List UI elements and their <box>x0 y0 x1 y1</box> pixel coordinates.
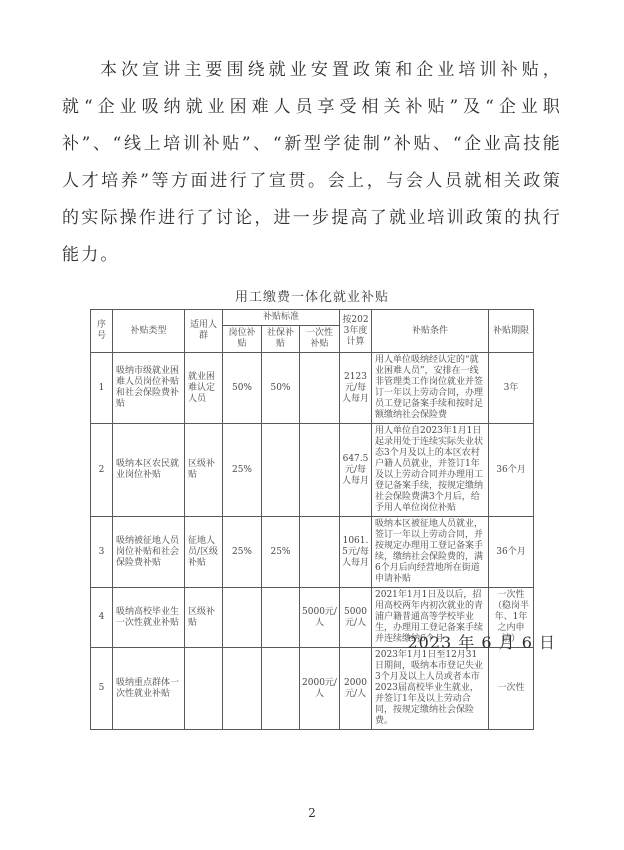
cell-onetime <box>300 517 340 588</box>
cell-people: 区级补贴 <box>185 588 223 648</box>
header-index: 序号 <box>91 310 113 353</box>
cell-onetime <box>300 353 340 424</box>
table-row: 2 吸纳本区农民就业岗位补贴 区级补贴 25% 647.5元/每人每月 用人单位… <box>91 424 534 517</box>
cell-type: 吸纳重点群体一次性就业补贴 <box>113 648 185 730</box>
cell-post: 25% <box>223 517 262 588</box>
cell-onetime: 5000元/人 <box>300 588 340 648</box>
cell-onetime <box>300 424 340 517</box>
cell-period: 一次性 <box>489 648 534 730</box>
body-paragraph: 本次宣讲主要围绕就业安置政策和企业培训补贴，就“企业吸纳就业困难人员享受相关补贴… <box>62 52 562 274</box>
cell-social <box>262 588 300 648</box>
cell-onetime: 2000元/人 <box>300 648 340 730</box>
cell-calc2023: 1061.5元/每人每月 <box>340 517 372 588</box>
cell-condition: 用人单位吸纳经认定的“就业困难人员”，安排在一线非管理类工作岗位就业并签订一年以… <box>372 353 489 424</box>
cell-condition: 吸纳本区被征地人员就业，签订一年以上劳动合同，并按规定办理用工登记备案手续，缴纳… <box>372 517 489 588</box>
cell-type: 吸纳高校毕业生一次性就业补贴 <box>113 588 185 648</box>
cell-type: 吸纳本区农民就业岗位补贴 <box>113 424 185 517</box>
cell-post: 25% <box>223 424 262 517</box>
cell-calc2023: 2000元/人 <box>340 648 372 730</box>
page-number: 2 <box>0 806 624 820</box>
cell-period: 3年 <box>489 353 534 424</box>
table-row: 3 吸纳被征地人员岗位补贴和社会保险费补贴 征地人员/区级补贴 25% 25% … <box>91 517 534 588</box>
cell-index: 1 <box>91 353 113 424</box>
header-people: 适用人群 <box>185 310 223 353</box>
cell-people: 就业困难认定人员 <box>185 353 223 424</box>
cell-type: 吸纳市级就业困难人员岗位补贴和社会保险费补贴 <box>113 353 185 424</box>
cell-type: 吸纳被征地人员岗位补贴和社会保险费补贴 <box>113 517 185 588</box>
header-period: 补贴期限 <box>489 310 534 353</box>
document-page: 本次宣讲主要围绕就业安置政策和企业培训补贴，就“企业吸纳就业困难人员享受相关补贴… <box>0 0 624 850</box>
cell-post <box>223 648 262 730</box>
cell-post <box>223 588 262 648</box>
cell-period: 36个月 <box>489 424 534 517</box>
cell-index: 4 <box>91 588 113 648</box>
table-title: 用工缴费一体化就业补贴 <box>0 286 624 305</box>
header-standard: 补贴标准 <box>223 310 340 326</box>
cell-people: 区级补贴 <box>185 424 223 517</box>
document-date: 2023 年 6 月 6 日 <box>407 630 556 653</box>
table-row: 5 吸纳重点群体一次性就业补贴 2000元/人 2000元/人 2023年1月1… <box>91 648 534 730</box>
subsidy-table: 序号 补贴类型 适用人群 补贴标准 按2023年度计算 补贴条件 补贴期限 岗位… <box>90 309 534 730</box>
header-type: 补贴类型 <box>113 310 185 353</box>
cell-index: 2 <box>91 424 113 517</box>
cell-condition: 用人单位自2023年1月1日起录用处于连续实际失业状态3个月及以上的本区农村户籍… <box>372 424 489 517</box>
cell-people <box>185 648 223 730</box>
cell-index: 5 <box>91 648 113 730</box>
cell-post: 50% <box>223 353 262 424</box>
table-header: 序号 补贴类型 适用人群 补贴标准 按2023年度计算 补贴条件 补贴期限 岗位… <box>91 310 534 353</box>
header-social-subsidy: 社保补贴 <box>262 326 300 353</box>
header-calc2023: 按2023年度计算 <box>340 310 372 353</box>
header-post-subsidy: 岗位补贴 <box>223 326 262 353</box>
cell-social: 50% <box>262 353 300 424</box>
cell-people: 征地人员/区级补贴 <box>185 517 223 588</box>
cell-social <box>262 424 300 517</box>
cell-period: 36个月 <box>489 517 534 588</box>
cell-social <box>262 648 300 730</box>
header-condition: 补贴条件 <box>372 310 489 353</box>
cell-calc2023: 647.5元/每人每月 <box>340 424 372 517</box>
table-row: 1 吸纳市级就业困难人员岗位补贴和社会保险费补贴 就业困难认定人员 50% 50… <box>91 353 534 424</box>
cell-calc2023: 2123元/每人每月 <box>340 353 372 424</box>
cell-index: 3 <box>91 517 113 588</box>
cell-calc2023: 5000元/人 <box>340 588 372 648</box>
cell-social: 25% <box>262 517 300 588</box>
cell-condition: 2023年1月1日至12月31日期间，吸纳本市登记失业3个月及以上人员或者本市2… <box>372 648 489 730</box>
header-row-1: 序号 补贴类型 适用人群 补贴标准 按2023年度计算 补贴条件 补贴期限 <box>91 310 534 326</box>
header-onetime-subsidy: 一次性补贴 <box>300 326 340 353</box>
